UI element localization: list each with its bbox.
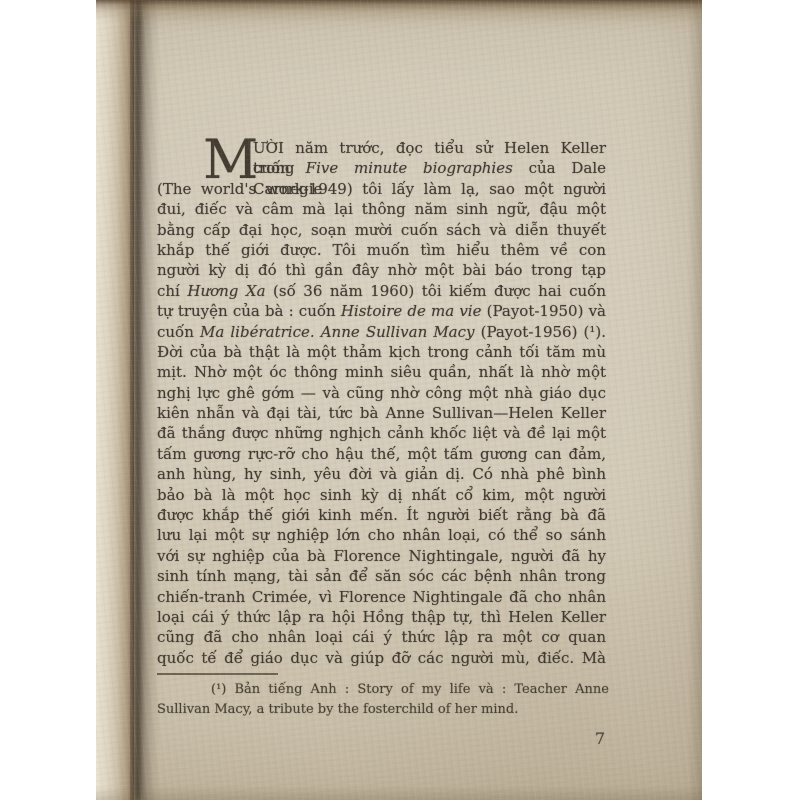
text-line: đui, điếc và câm mà lại thông năm sinh n… (157, 199, 606, 219)
text-line: khắp thế giới được. Tôi muốn tìm hiểu th… (157, 240, 606, 260)
text-line: chiến-tranh Crimée, vì Florence Nighting… (157, 587, 606, 607)
text-line: nghị lực ghê gớm — và cũng nhờ công một … (157, 383, 606, 403)
page-top-edge-shadow (96, 0, 702, 22)
text-line: cũng đã cho nhân loại cái ý thức lập ra … (157, 627, 606, 647)
text-line: Đời của bà thật là một thảm kịch trong c… (157, 342, 606, 362)
text-line: lưu lại một sự nghiệp lớn cho nhân loại,… (157, 525, 606, 545)
text-line: sinh tính mạng, tài sản để săn sóc các b… (157, 566, 606, 586)
footnote-line: (¹) Bản tiếng Anh : Story of my life và … (157, 680, 609, 700)
text-line: cuốn Ma libératrice. Anne Sullivan Macy … (157, 322, 606, 342)
text-line: mịt. Nhờ một óc thông minh siêu quần, nh… (157, 362, 606, 382)
footnote-separator (157, 673, 278, 675)
gutter-shadow-core (135, 0, 141, 800)
text-line: tự truyện của bà : cuốn Histoire de ma v… (157, 301, 606, 321)
text-line: với sự nghiệp của bà Florence Nightingal… (157, 546, 606, 566)
text-line: được khắp thế giới kinh mến. Ít người bi… (157, 505, 606, 525)
text-line: bằng cấp đại học, soạn mười cuốn sách và… (157, 220, 606, 240)
text-line: đã thắng được những nghịch cảnh khốc liệ… (157, 423, 606, 443)
page-right-edge-shadow (688, 0, 702, 800)
drop-cap: M (203, 139, 251, 180)
text-line: anh hùng, hy sinh, yêu đời và giản dị. C… (157, 464, 606, 484)
text-line: quốc tế để giáo dục và giúp đỡ các người… (157, 648, 606, 668)
text-line: kiên nhẫn và đại tài, tức bà Anne Sulliv… (157, 403, 606, 423)
facing-page-edge (96, 0, 134, 800)
text-line: tấm gương rực-rỡ cho hậu thế, một tấm gư… (157, 444, 606, 464)
footnote-line: Sullivan Macy, a tribute by the fosterch… (157, 700, 609, 720)
page-bottom-edge-shadow (96, 786, 702, 800)
text-line: bảo bà là một học sinh kỳ dị nhất cổ kim… (157, 485, 606, 505)
book-page-photo: M ƯỜI năm trước, đọc tiểu sử Helen Kelle… (96, 0, 702, 800)
body-text: M ƯỜI năm trước, đọc tiểu sử Helen Kelle… (157, 138, 606, 668)
page-number: 7 (588, 729, 612, 748)
text-line: chí Hương Xa (số 36 năm 1960) tôi kiếm đ… (157, 281, 606, 301)
text-line: người kỳ dị đó thì gần đây nhờ một bài b… (157, 260, 606, 280)
text-line: loại cái ý thức lập ra hội Hồng thập tự,… (157, 607, 606, 627)
footnote: (¹) Bản tiếng Anh : Story of my life và … (157, 680, 609, 719)
